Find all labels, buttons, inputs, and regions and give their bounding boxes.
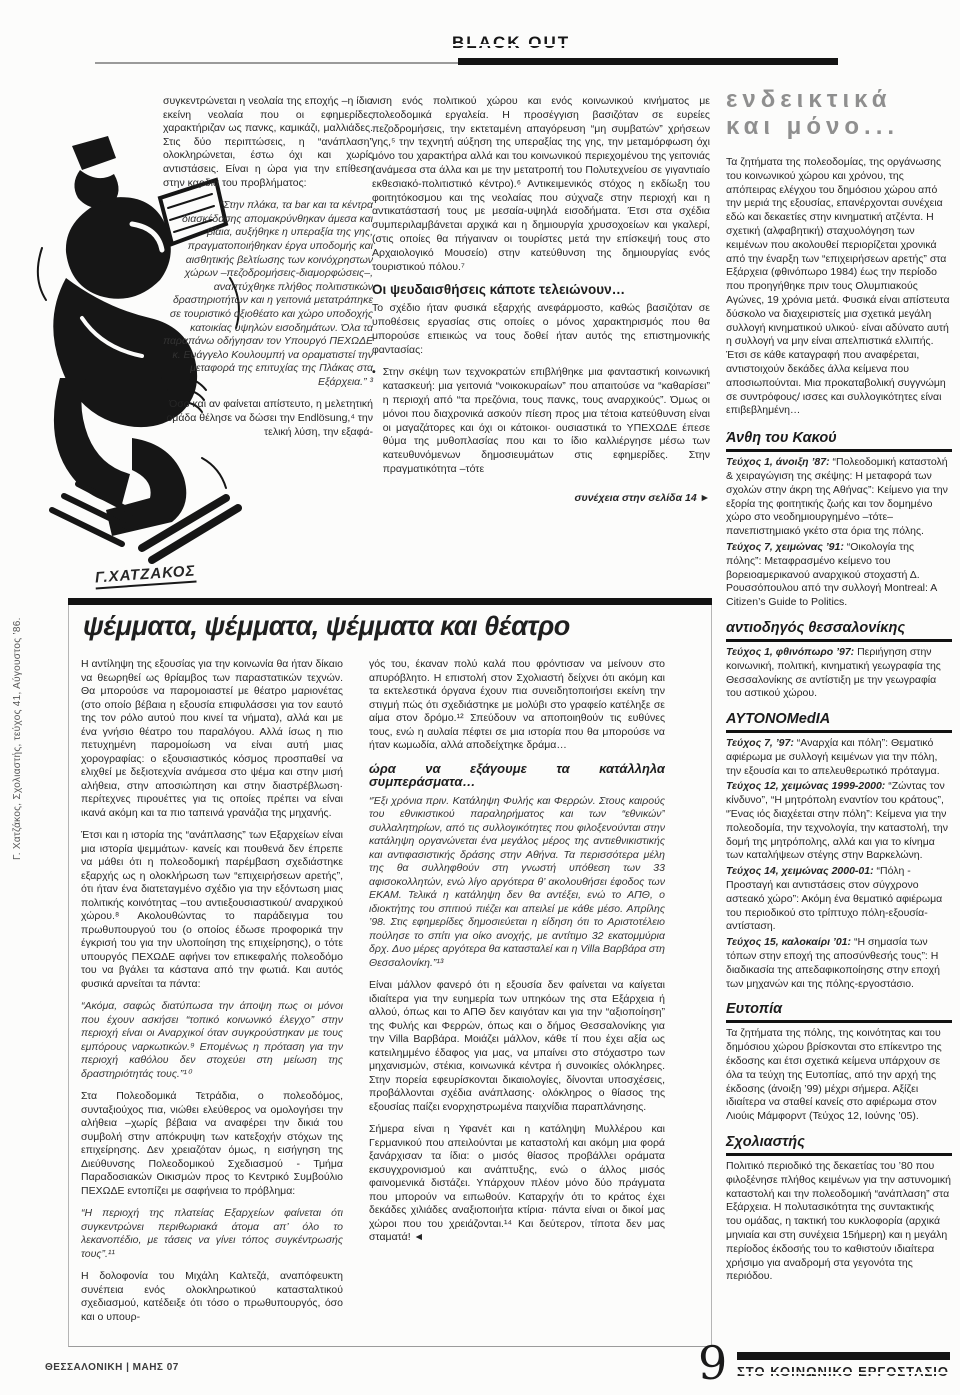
sidebar-intro: Τα ζητήματα της πολεοδομίας, της οργάνωσ… <box>726 156 952 418</box>
sidebar-section-antiodigos: αντιοδηγός θεσσαλονίκης Τεύχος 1, φθινόπ… <box>726 620 952 701</box>
issue-entry: Τεύχος 7, χειμώνας ’91: “Οικολογία της π… <box>726 541 952 610</box>
main-article-column-2: γός του, έκαναν πολύ καλά που φρόντισαν … <box>369 658 665 1338</box>
issue-lead: Τεύχος 12, χειμώνας 1999-2000: <box>726 780 885 792</box>
magazine-page: { "page": { "header_title": "BLACK OUT",… <box>0 0 960 1395</box>
bullet-text: Στην σκέψη των τεχνοκρατών επιβλήθηκε μι… <box>383 366 710 476</box>
block-quote: “Η περιοχή της πλατείας Εξαρχείων φαίνετ… <box>81 1207 343 1261</box>
issue-lead: Τεύχος 15, καλοκαίρι ’01: <box>726 936 851 948</box>
paragraph: Σήμερα είναι η Υφανέτ και η κατάληψη Μυλ… <box>369 1123 665 1245</box>
sidebar-section-sxoliastis: Σχολιαστής Πολιτικό περιοδικό της δεκαετ… <box>726 1134 952 1284</box>
sidebar-section-heading: αντιοδηγός θεσσαλονίκης <box>726 620 952 642</box>
sidebar-index: ενδεικτικά και μόνο... Τα ζητήματα της π… <box>726 86 952 1294</box>
issue-entry: Τεύχος 1, φθινόπωρο ’97: Περιήγηση στην … <box>726 646 952 701</box>
issue-entry: Τεύχος 14, χειμώνας 2000-01: “Πόλη - Προ… <box>726 865 952 934</box>
paragraph: Η αντίληψη της εξουσίας για την κοινωνία… <box>81 658 343 820</box>
issue-entry: Τεύχος 12, χειμώνας 1999-2000: “Ζώντας τ… <box>726 780 952 863</box>
sidebar-section-autonomedia: AYTONOMedIA Τεύχος 7, ’97: “Αναρχία και … <box>726 711 952 991</box>
issue-entry: Πολιτικό περιοδικό της δεκαετίας του ’80… <box>726 1160 952 1284</box>
paragraph: νιση ενός πολιτικού χώρου και ενός κοινω… <box>372 95 710 274</box>
header-rule-thick <box>458 58 838 65</box>
block-quote: “Ακόμα, σαφώς διατύπωσα την άποψη πως οι… <box>81 1000 343 1081</box>
issue-lead: Τεύχος 7, χειμώνας ’91: <box>726 541 844 553</box>
footer-bar <box>737 1352 950 1360</box>
page-header-title: BLACK OUT <box>452 33 570 53</box>
bullet-item: • Στην σκέψη των τεχνοκρατών επιβλήθηκε … <box>372 366 710 485</box>
top-article-column-a: συγκεντρώνεται η νεολαία της εποχής –η ί… <box>163 95 373 448</box>
paragraph: γός του, έκαναν πολύ καλά που φρόντισαν … <box>369 658 665 753</box>
sidebar-section-heading: Ευτοπία <box>726 1001 952 1023</box>
paragraph: Το σχέδιο ήταν φυσικά εξαρχής ανεφάρμοστ… <box>372 302 710 357</box>
sidebar-section-anthi-tou-kakou: Άνθη του Κακού Τεύχος 1, άνοιξη ’87: “Πο… <box>726 430 952 610</box>
issue-entry: Τεύχος 1, άνοιξη ’87: “Πολεοδομική κατασ… <box>726 456 952 539</box>
sidebar-section-heading: AYTONOMedIA <box>726 711 952 733</box>
issue-entry: Τα ζητήματα της πόλης, της κοινότητας κα… <box>726 1027 952 1124</box>
sidebar-title-line2: και μόνο... <box>726 113 952 140</box>
section-heading: ώρα να εξάγουμε τα κατάλληλα συμπεράσματ… <box>369 762 665 789</box>
header-rule-thin <box>95 62 458 64</box>
margin-credit: Γ. Χατζάκος, Σχολιαστής, τεύχος 41, Αύγο… <box>12 580 23 860</box>
continued-on-page-note[interactable]: συνέχεια στην σελίδα 14 ► <box>372 492 710 506</box>
sidebar-title-line1: ενδεικτικά <box>726 86 952 113</box>
sidebar-section-heading: Σχολιαστής <box>726 1134 952 1156</box>
bullet-icon: • <box>372 366 376 485</box>
issue-text: “Ζώντας τον κίνδυνο”, “Η μητρόπολη εναντ… <box>726 780 948 861</box>
sidebar-title: ενδεικτικά και μόνο... <box>726 86 952 140</box>
paragraph: συγκεντρώνεται η νεολαία της εποχής –η ί… <box>163 95 373 190</box>
sidebar-section-heading: Άνθη του Κακού <box>726 430 952 452</box>
issue-entry: Τεύχος 7, ’97: “Αναρχία και πόλη”: Θεματ… <box>726 737 952 778</box>
section-heading: Οι ψευδαισθήσεις κάποτε τελειώνουν… <box>372 283 710 297</box>
paragraph: Έτσι και η ιστορία της “ανάπλασης” των Ε… <box>81 829 343 991</box>
article-title: ψέμματα, ψέμματα, ψέμματα και θέατρο <box>83 611 570 642</box>
main-article-box: ψέμματα, ψέμματα, ψέμματα και θέατρο Η α… <box>68 598 712 1347</box>
issue-lead: Τεύχος 1, άνοιξη ’87: <box>726 456 830 468</box>
block-quote: “Στην πλάκα, τα bar και τα κέντρα διασκέ… <box>163 199 373 389</box>
issue-entry: Τεύχος 15, καλοκαίρι ’01: “Η σημασία των… <box>726 936 952 991</box>
sidebar-section-eutopia: Ευτοπία Τα ζητήματα της πόλης, της κοινό… <box>726 1001 952 1124</box>
block-quote: “Έξι χρόνια πριν. Κατάληψη Φυλής και Φερ… <box>369 795 665 971</box>
top-article-column-b: νιση ενός πολιτικού χώρου και ενός κοινω… <box>372 95 710 515</box>
page-number: 9 <box>698 1336 727 1390</box>
issue-lead: Τεύχος 14, χειμώνας 2000-01: <box>726 865 874 877</box>
issue-text: Πολιτικό περιοδικό της δεκαετίας του ’80… <box>726 1160 951 1282</box>
paragraph: Είναι μάλλον φανερό ότι η εξουσία δεν φα… <box>369 979 665 1114</box>
article-top-bar <box>68 598 712 605</box>
paragraph: Όσο και αν φαίνεται απίστευτο, η μελετητ… <box>163 398 373 439</box>
footer-city-date: ΘΕΣΣΑΛΟΝΙΚΗ | ΜΑΗΣ 07 <box>45 1362 179 1373</box>
paragraph: Η δολοφονία του Μιχάλη Καλτεζά, αναπόφευ… <box>81 1270 343 1324</box>
main-article-column-1: Η αντίληψη της εξουσίας για την κοινωνία… <box>81 658 343 1338</box>
issue-text: “Πολεοδομική καταστολή & χειραγώγιση της… <box>726 456 948 537</box>
issue-lead: Τεύχος 1, φθινόπωρο ’97: <box>726 646 854 658</box>
issue-lead: Τεύχος 7, ’97: <box>726 737 794 749</box>
footer-section-title: ΣΤΟ ΚΟΙΝΩΝΙΚΟ ΕΡΓΟΣΤΑΣΙΟ <box>737 1364 949 1379</box>
paragraph: Στα Πολεοδομικά Τετράδια, ο πολεοδόμος, … <box>81 1090 343 1198</box>
issue-text: Τα ζητήματα της πόλης, της κοινότητας κα… <box>726 1027 942 1122</box>
